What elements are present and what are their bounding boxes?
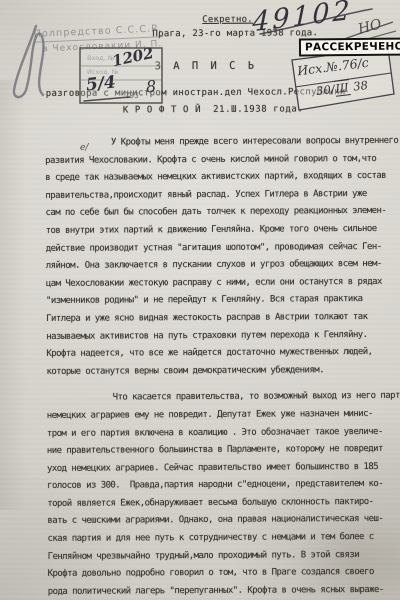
- body-line: которые останутся верны своим демократич…: [46, 362, 394, 382]
- body-line: У Крофты меня прежде всего интересовали …: [45, 133, 393, 153]
- body-line: немецких аграриев ему не повредит. Депут…: [47, 406, 395, 426]
- document-body: У Крофты меня прежде всего интересовали …: [45, 133, 396, 600]
- handwritten-year-digit: 8: [145, 77, 156, 97]
- body-line: ская партия и для нее путь к сотрудничес…: [47, 529, 395, 549]
- body-line: голосов из 300. Правда,партия народни с"…: [47, 476, 395, 496]
- paragraph-1: У Крофты меня прежде всего интересовали …: [45, 133, 394, 381]
- body-line: Генляйном чрезвычайно трудный,мало прохо…: [48, 546, 396, 566]
- paragraph-2: Что касается правительства, то возможный…: [47, 388, 396, 600]
- body-line: Гитлера и уже ясно видная жестокость рас…: [46, 309, 394, 329]
- body-line: Крофта надеется, что все же найдется дос…: [46, 344, 394, 364]
- declassified-stamp: РАССЕКРЕЧЕНО: [299, 38, 400, 57]
- body-line: "изменников родины" и не перейдут к Генл…: [46, 291, 394, 311]
- handwritten-insert-mark: е/: [80, 143, 88, 153]
- body-line: ние правительственного большинства в Пар…: [47, 441, 395, 461]
- body-line: уход немецких аграриев. Сейчас правитель…: [47, 458, 395, 478]
- body-line: ляйном. Она заключается в пускании слухо…: [46, 256, 394, 276]
- outgoing-date-year: 38: [352, 78, 368, 94]
- body-line: действие производит устная "агитация шоп…: [46, 238, 394, 258]
- body-line: цам Чехословакии жестокую расправу с ним…: [46, 274, 394, 294]
- scanned-document-page: Секретно. Прага, 23-го марта 1938 года. …: [0, 0, 400, 600]
- body-line: называемых активистов на путь страховки …: [46, 326, 394, 346]
- body-line: Крофта довольно подробно говорил о том, …: [48, 564, 396, 584]
- body-line: правительства,происходит явный распад. У…: [45, 186, 393, 206]
- classification-label: Секретно.: [202, 15, 253, 25]
- document-subtitle-2: К Р О Ф Т О Й 21.Ш.1938 года.: [123, 104, 304, 115]
- outgoing-date-prefix: 30/: [315, 82, 335, 98]
- body-line: Что касается правительства, то возможный…: [47, 388, 395, 408]
- body-line: вать с чешскими аграриями. Однако, она п…: [47, 511, 395, 531]
- body-line: тром и его партия включена в коалицию . …: [47, 423, 395, 443]
- body-line: рода политический лагерь "перепуганных".…: [48, 582, 396, 600]
- document-title: З А П И С Ь: [155, 60, 258, 73]
- body-line: в среде так называемых немецких активист…: [45, 168, 393, 188]
- handwritten-entry-date: 5/4: [85, 72, 117, 95]
- registry-stamp-year: 193: [125, 91, 139, 100]
- body-line: развития Чехословакии. Крофта с очень ки…: [45, 150, 393, 170]
- body-line: торой является Ежек,обнаруживает весьма …: [47, 494, 395, 514]
- body-line: сам по себе был бы способен дать толчек …: [45, 203, 393, 223]
- body-line: тов внутри этих партий к движению Генляй…: [46, 221, 394, 241]
